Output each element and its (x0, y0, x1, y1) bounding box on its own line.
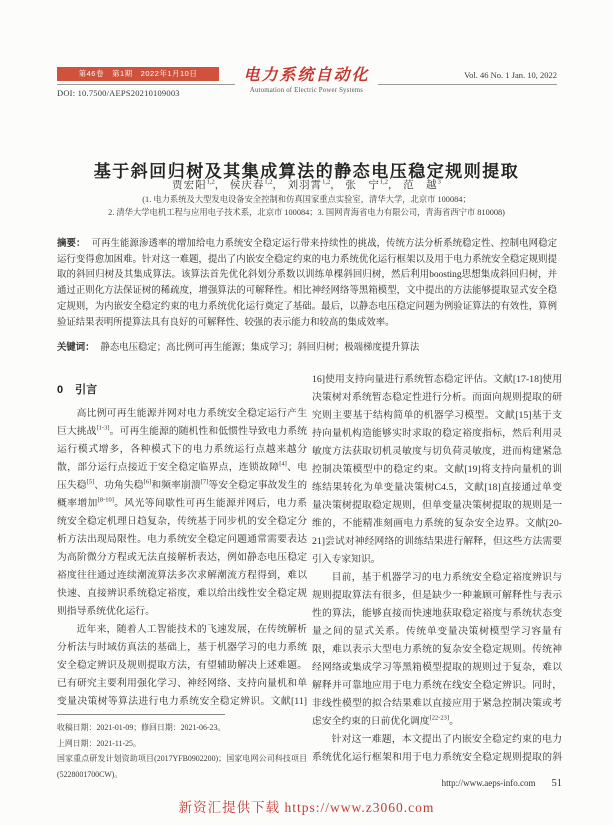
abstract-text: 可再生能源渗透率的增加给电力系统安全稳定运行带来持续性的挑战，传统方法分析系统稳… (57, 239, 557, 328)
journal-page: 第46卷 第1期 2022年1月10日 DOI: 10.7500/AEPS202… (0, 0, 613, 825)
abstract-label: 摘要： (57, 237, 86, 248)
volume-info: Vol. 46 No. 1 Jan. 10, 2022 (464, 70, 557, 80)
journal-url: http://www.aeps-info.com (442, 778, 536, 788)
journal-name-english: Automation of Electric Power Systems (0, 87, 613, 94)
right-column: 16]使用支持向量进行系统暂态稳定评估。文献[17-18]使用决策树对系统暂态稳… (312, 371, 562, 761)
affiliation-line: (1. 电力系统及大型发电设备安全控制和仿真国家重点实验室，清华大学，北京市 1… (0, 193, 613, 206)
body-paragraph: 16]使用支持向量进行系统暂态稳定评估。文献[17-18]使用决策树对系统暂态稳… (312, 371, 562, 569)
journal-name-chinese: 电力系统自动化 (235, 62, 377, 85)
section-title: 引言 (75, 384, 97, 396)
body-paragraph: 针对这一难题，本文提出了内嵌安全稳定约束的电力系统优化运行框架和用于电力系统安全… (312, 731, 562, 761)
footnote-line: 收稿日期：2021-01-09；修回日期：2021-06-23。 (57, 720, 307, 736)
footnote-line: 国家重点研发计划资助项目(2017YFB0902200)；国家电网公司科技项目(… (57, 751, 307, 782)
section-heading-introduction: 0引言 (57, 381, 307, 399)
author: 张 宁1,2， (345, 180, 399, 191)
keywords: 关键词：静态电压稳定；高比例可再生能源；集成学习；斜回归树；极端梯度提升算法 (57, 339, 557, 353)
body-paragraph: 高比例可再生能源并网对电力系统安全稳定运行产生巨大挑战[1-3]。可再生能源的随… (57, 405, 307, 621)
body-paragraph: 目前，基于机器学习的电力系统安全稳定裕度辨识与规则提取算法有很多，但是缺少一种兼… (312, 569, 562, 731)
keywords-text: 静态电压稳定；高比例可再生能源；集成学习；斜回归树；极端梯度提升算法 (101, 343, 420, 353)
author: 范 越3 (403, 180, 441, 191)
footnote-block: 收稿日期：2021-01-09；修回日期：2021-06-23。 上网日期：20… (57, 714, 307, 782)
affiliation-line: 2. 清华大学电机工程与应用电子技术系，北京市 100084；3. 国网青海省电… (0, 206, 613, 219)
page-footer: http://www.aeps-info.com51 (312, 778, 562, 789)
footnote-line: 上网日期：2021-11-25。 (57, 736, 307, 752)
affiliations: (1. 电力系统及大型发电设备安全控制和仿真国家重点实验室，清华大学，北京市 1… (0, 193, 613, 219)
author: 贾宏阳1,2， (172, 180, 226, 191)
left-column: 0引言 高比例可再生能源并网对电力系统安全稳定运行产生巨大挑战[1-3]。可再生… (57, 381, 307, 713)
download-watermark: 新资汇提供下载 https://www.z3060.com (0, 796, 613, 816)
section-number: 0 (57, 384, 63, 396)
author: 侯庆春1,2， (230, 180, 284, 191)
body-paragraph: 近年来，随着人工智能技术的飞速发展，在传统解析分析法与时域仿真法的基础上，基于机… (57, 621, 307, 713)
author-line: 贾宏阳1,2， 侯庆春1,2， 刘羽霄1,2， 张 宁1,2， 范 越3 (0, 177, 613, 192)
keywords-label: 关键词： (57, 341, 95, 352)
footnote-rule-mask (225, 714, 307, 715)
page-number: 51 (552, 778, 563, 789)
author: 刘羽霄1,2， (288, 180, 342, 191)
abstract: 摘要：可再生能源渗透率的增加给电力系统安全稳定运行带来持续性的挑战，传统方法分析… (57, 235, 557, 331)
